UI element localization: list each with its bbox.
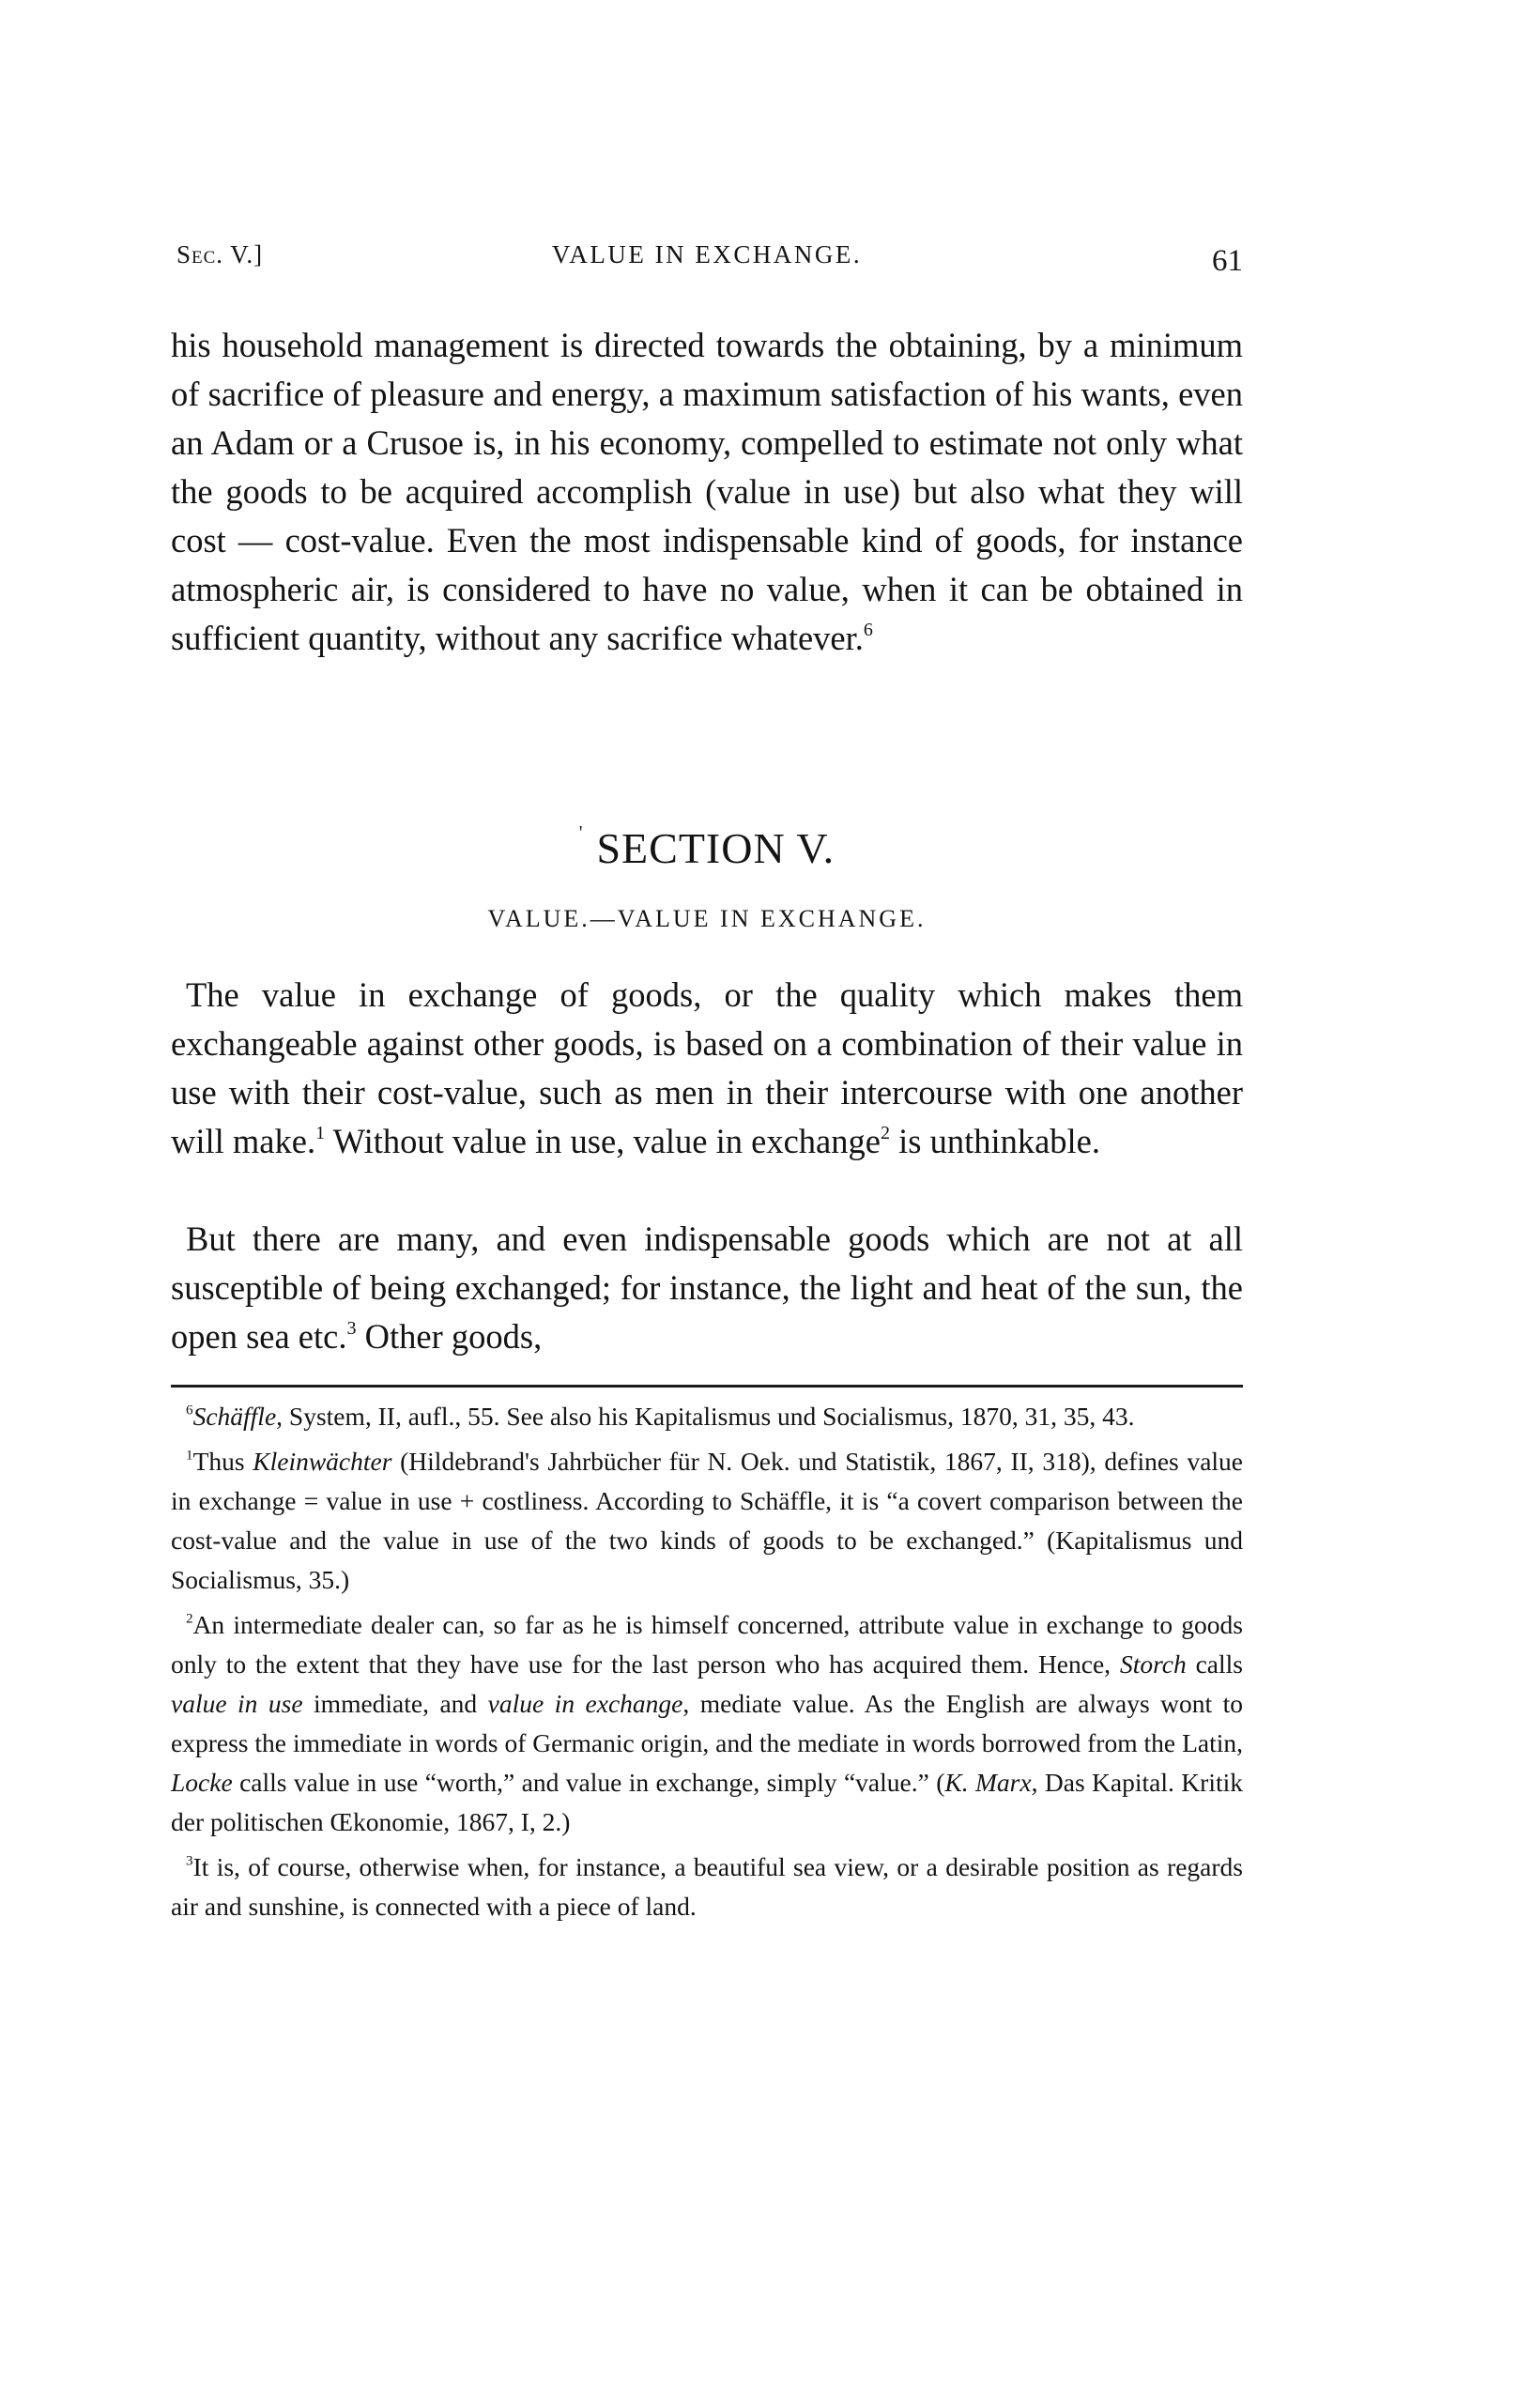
footnote-6: 6Schäffle, System, II, aufl., 55. See al… <box>171 1397 1243 1436</box>
cited-author: Kleinwächter <box>253 1447 391 1476</box>
paragraph: The value in exchange of goods, or the q… <box>171 971 1243 1166</box>
paragraph-text: his household management is directed tow… <box>171 326 1243 657</box>
footnote-marker: 1 <box>186 1449 193 1464</box>
section-heading: 'SECTION V. <box>171 822 1243 873</box>
page-number: 61 <box>1212 244 1243 279</box>
section-title: SECTION V. <box>596 824 835 872</box>
paragraph-text: Other goods, <box>357 1317 543 1356</box>
footnote-marker: 2 <box>186 1612 193 1627</box>
footnote-ref-2[interactable]: 2 <box>881 1123 890 1143</box>
footnote-1: 1Thus Kleinwächter (Hildebrand's Jahrbüc… <box>171 1442 1243 1600</box>
footnote-text: , System, II, aufl., 55. See also his Ka… <box>276 1402 1134 1431</box>
stray-mark: ' <box>579 822 584 843</box>
footnote-text: An intermediate dealer can, so far as he… <box>171 1610 1243 1679</box>
footnote-text: Thus <box>193 1447 253 1476</box>
footnote-ref-6[interactable]: 6 <box>864 620 873 640</box>
section-subtitle: VALUE.—VALUE IN EXCHANGE. <box>171 905 1243 933</box>
paragraph-text: But there are many, and even indispensab… <box>171 1219 1243 1356</box>
paragraph-text: Without value in use, value in exchange <box>325 1122 881 1160</box>
footnotes: 6Schäffle, System, II, aufl., 55. See al… <box>171 1397 1243 1932</box>
cited-author: Schäffle <box>193 1402 277 1431</box>
cited-author: Storch <box>1120 1649 1187 1679</box>
running-head: Sec. V.] VALUE IN EXCHANGE. 61 <box>171 240 1243 278</box>
footnote-marker: 3 <box>186 1854 193 1869</box>
cited-author: Locke <box>171 1768 233 1797</box>
emphasis: value in exchange <box>488 1689 683 1718</box>
footnote-text: immediate, and <box>303 1689 488 1718</box>
footnote-3: 3It is, of course, otherwise when, for i… <box>171 1848 1243 1926</box>
paragraph: But there are many, and even indispensab… <box>171 1215 1243 1361</box>
paragraph-continued: his household management is directed tow… <box>171 321 1243 663</box>
footnote-ref-1[interactable]: 1 <box>315 1123 325 1143</box>
paragraph-text: is unthinkable. <box>890 1122 1100 1160</box>
emphasis: value in use <box>171 1689 303 1718</box>
footnote-text: It is, of course, otherwise when, for in… <box>171 1852 1243 1921</box>
footnote-ref-3[interactable]: 3 <box>346 1318 356 1339</box>
running-head-title: VALUE IN EXCHANGE. <box>171 240 1243 269</box>
cited-author: K. Marx <box>944 1768 1031 1797</box>
footnote-text: calls value in use “worth,” and value in… <box>233 1768 945 1797</box>
footnote-marker: 6 <box>186 1403 193 1419</box>
footnote-text: calls <box>1187 1649 1243 1679</box>
footnote-2: 2An intermediate dealer can, so far as h… <box>171 1605 1243 1842</box>
footnote-divider <box>171 1385 1243 1388</box>
